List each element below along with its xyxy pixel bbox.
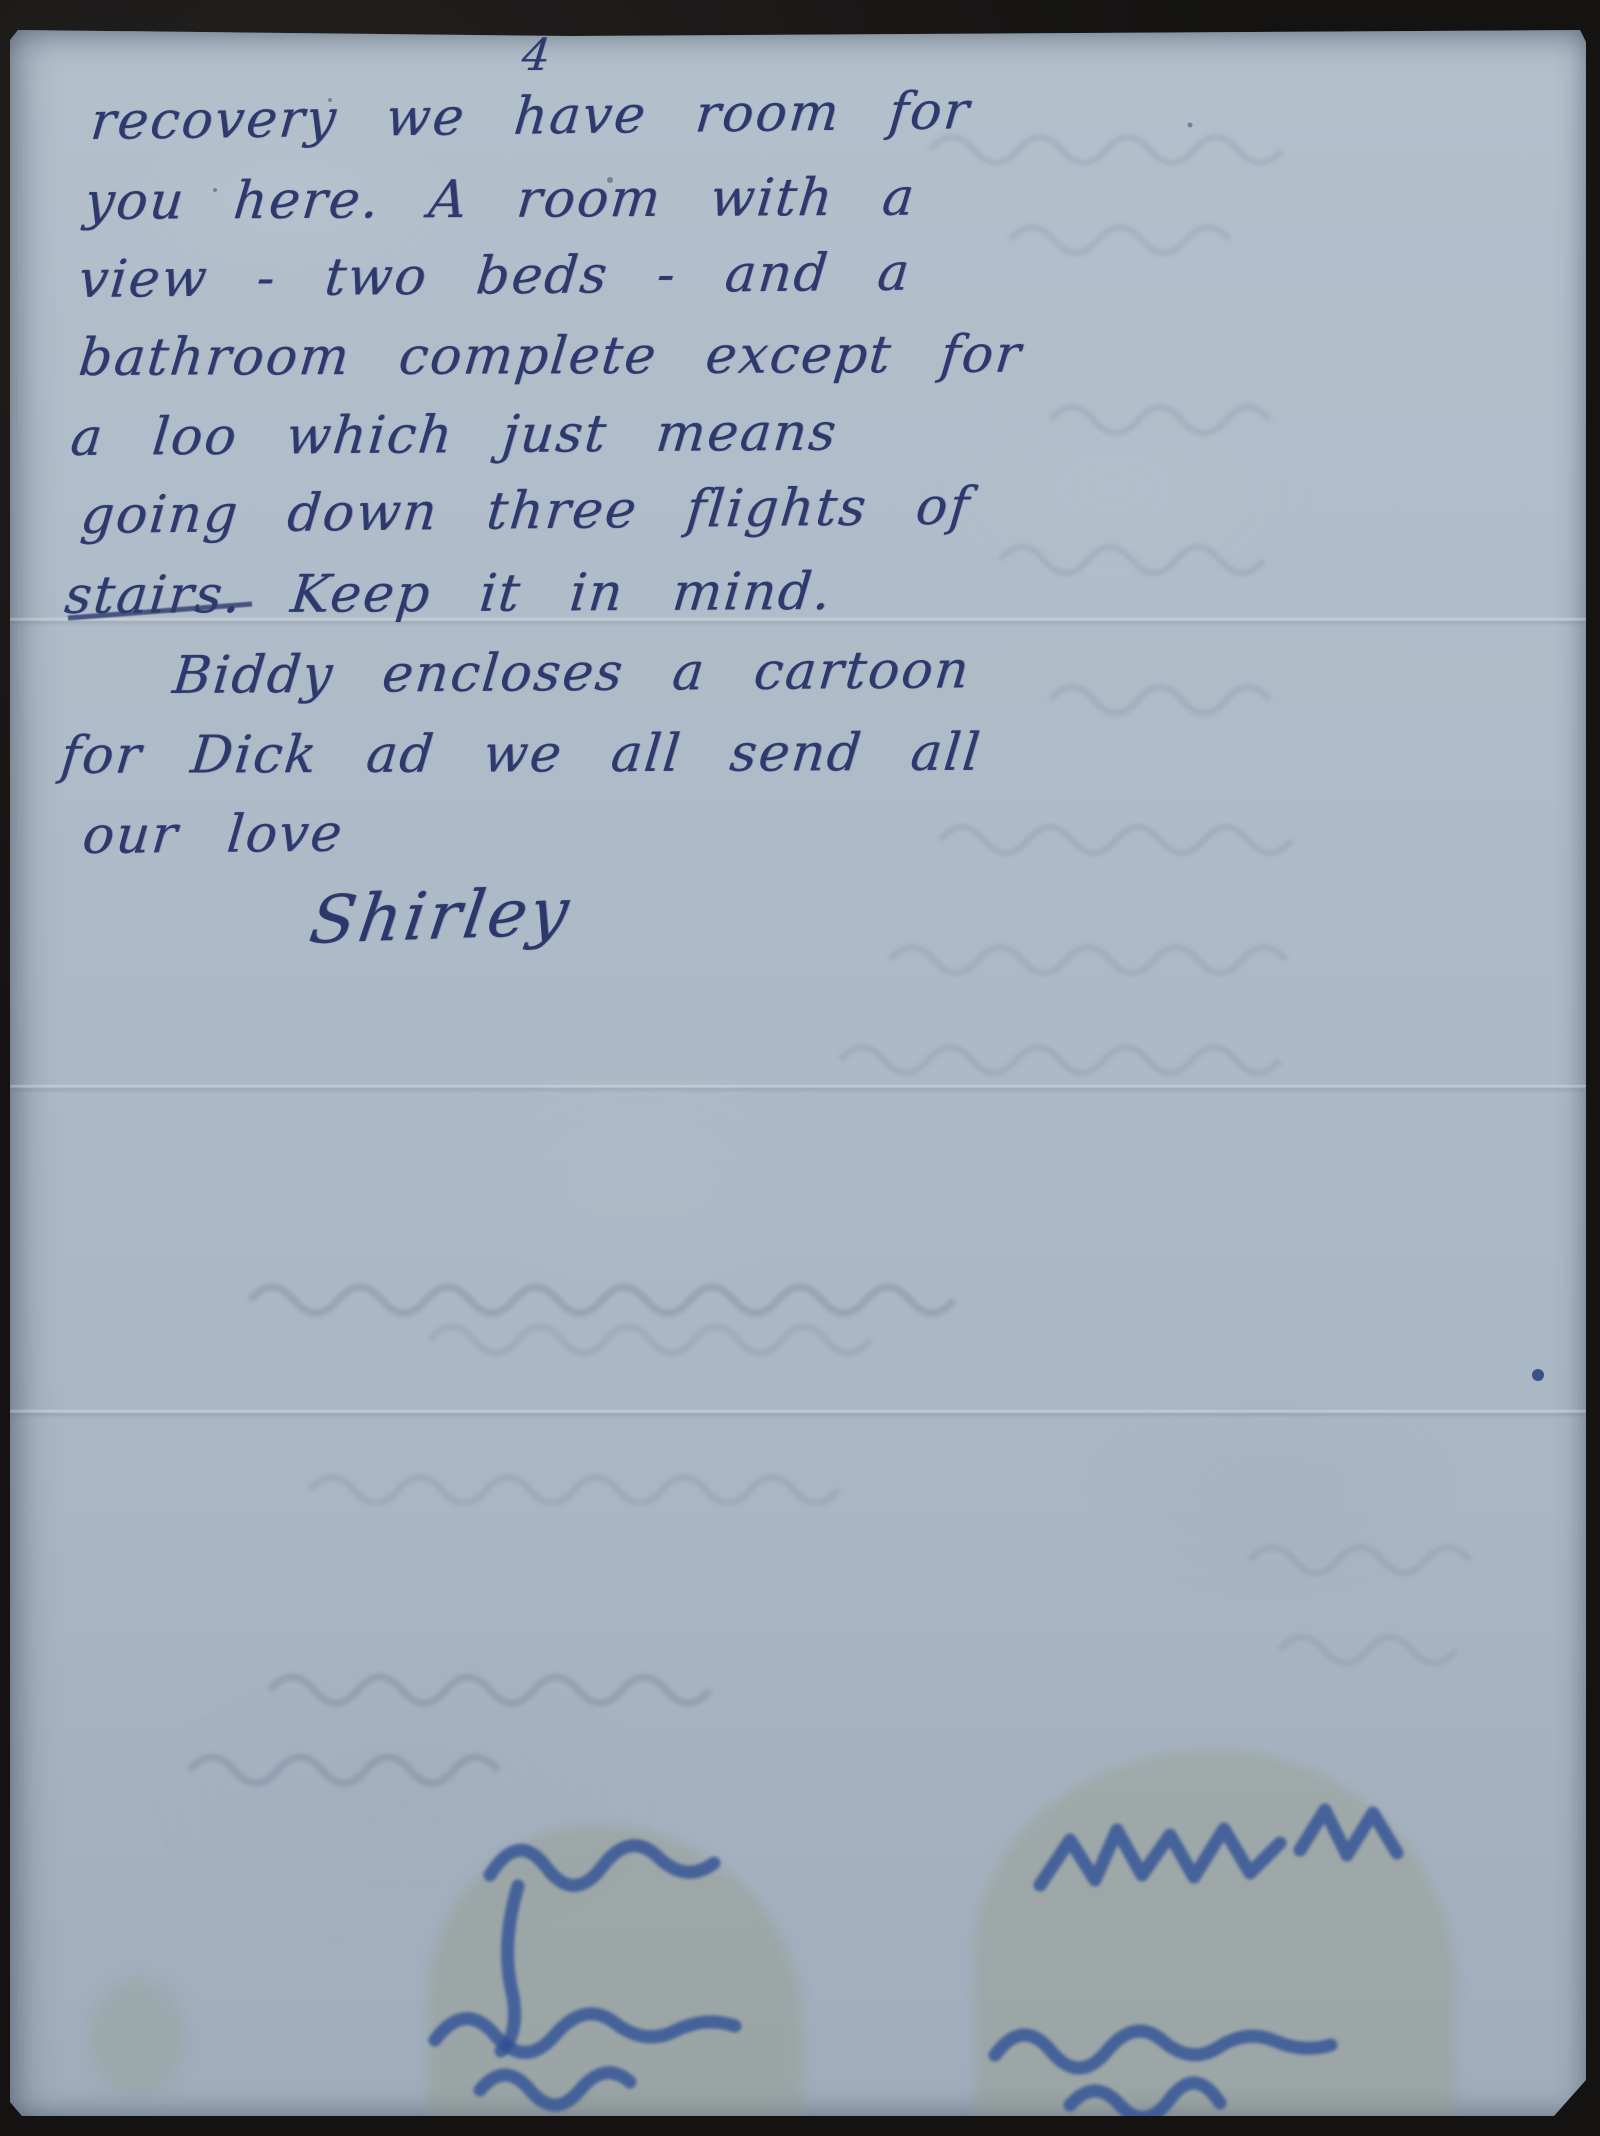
- letter-page: 4 recovery we have room for you here. A …: [10, 30, 1586, 2116]
- handwritten-line: stairs. Keep it in mind.: [62, 562, 835, 626]
- paper-stain: [428, 1825, 803, 2116]
- handwritten-line: going down three flights of: [78, 477, 974, 546]
- handwritten-line: Biddy encloses a cartoon: [170, 640, 973, 706]
- handwritten-line: recovery we have room for: [88, 81, 973, 152]
- fold-crease: [10, 1085, 1586, 1088]
- paper-stain: [90, 1980, 185, 2095]
- signature: Shirley: [305, 873, 576, 959]
- handwritten-line: for Dick ad we all send all: [58, 723, 984, 786]
- fold-crease: [10, 1410, 1586, 1413]
- handwritten-line: bathroom complete except for: [76, 325, 1025, 388]
- handwritten-line: you here. A room with a: [82, 168, 919, 232]
- paper-stain: [975, 1750, 1455, 2116]
- handwritten-line: our love: [80, 804, 346, 866]
- handwritten-line: a loo which just means: [68, 403, 840, 468]
- scanned-letter-screenshot: { "document": { "type": "handwritten let…: [0, 0, 1600, 2136]
- page-number: 4: [519, 30, 552, 81]
- ink-dot: [1532, 1369, 1544, 1381]
- handwritten-line: view - two beds - and a: [76, 243, 914, 310]
